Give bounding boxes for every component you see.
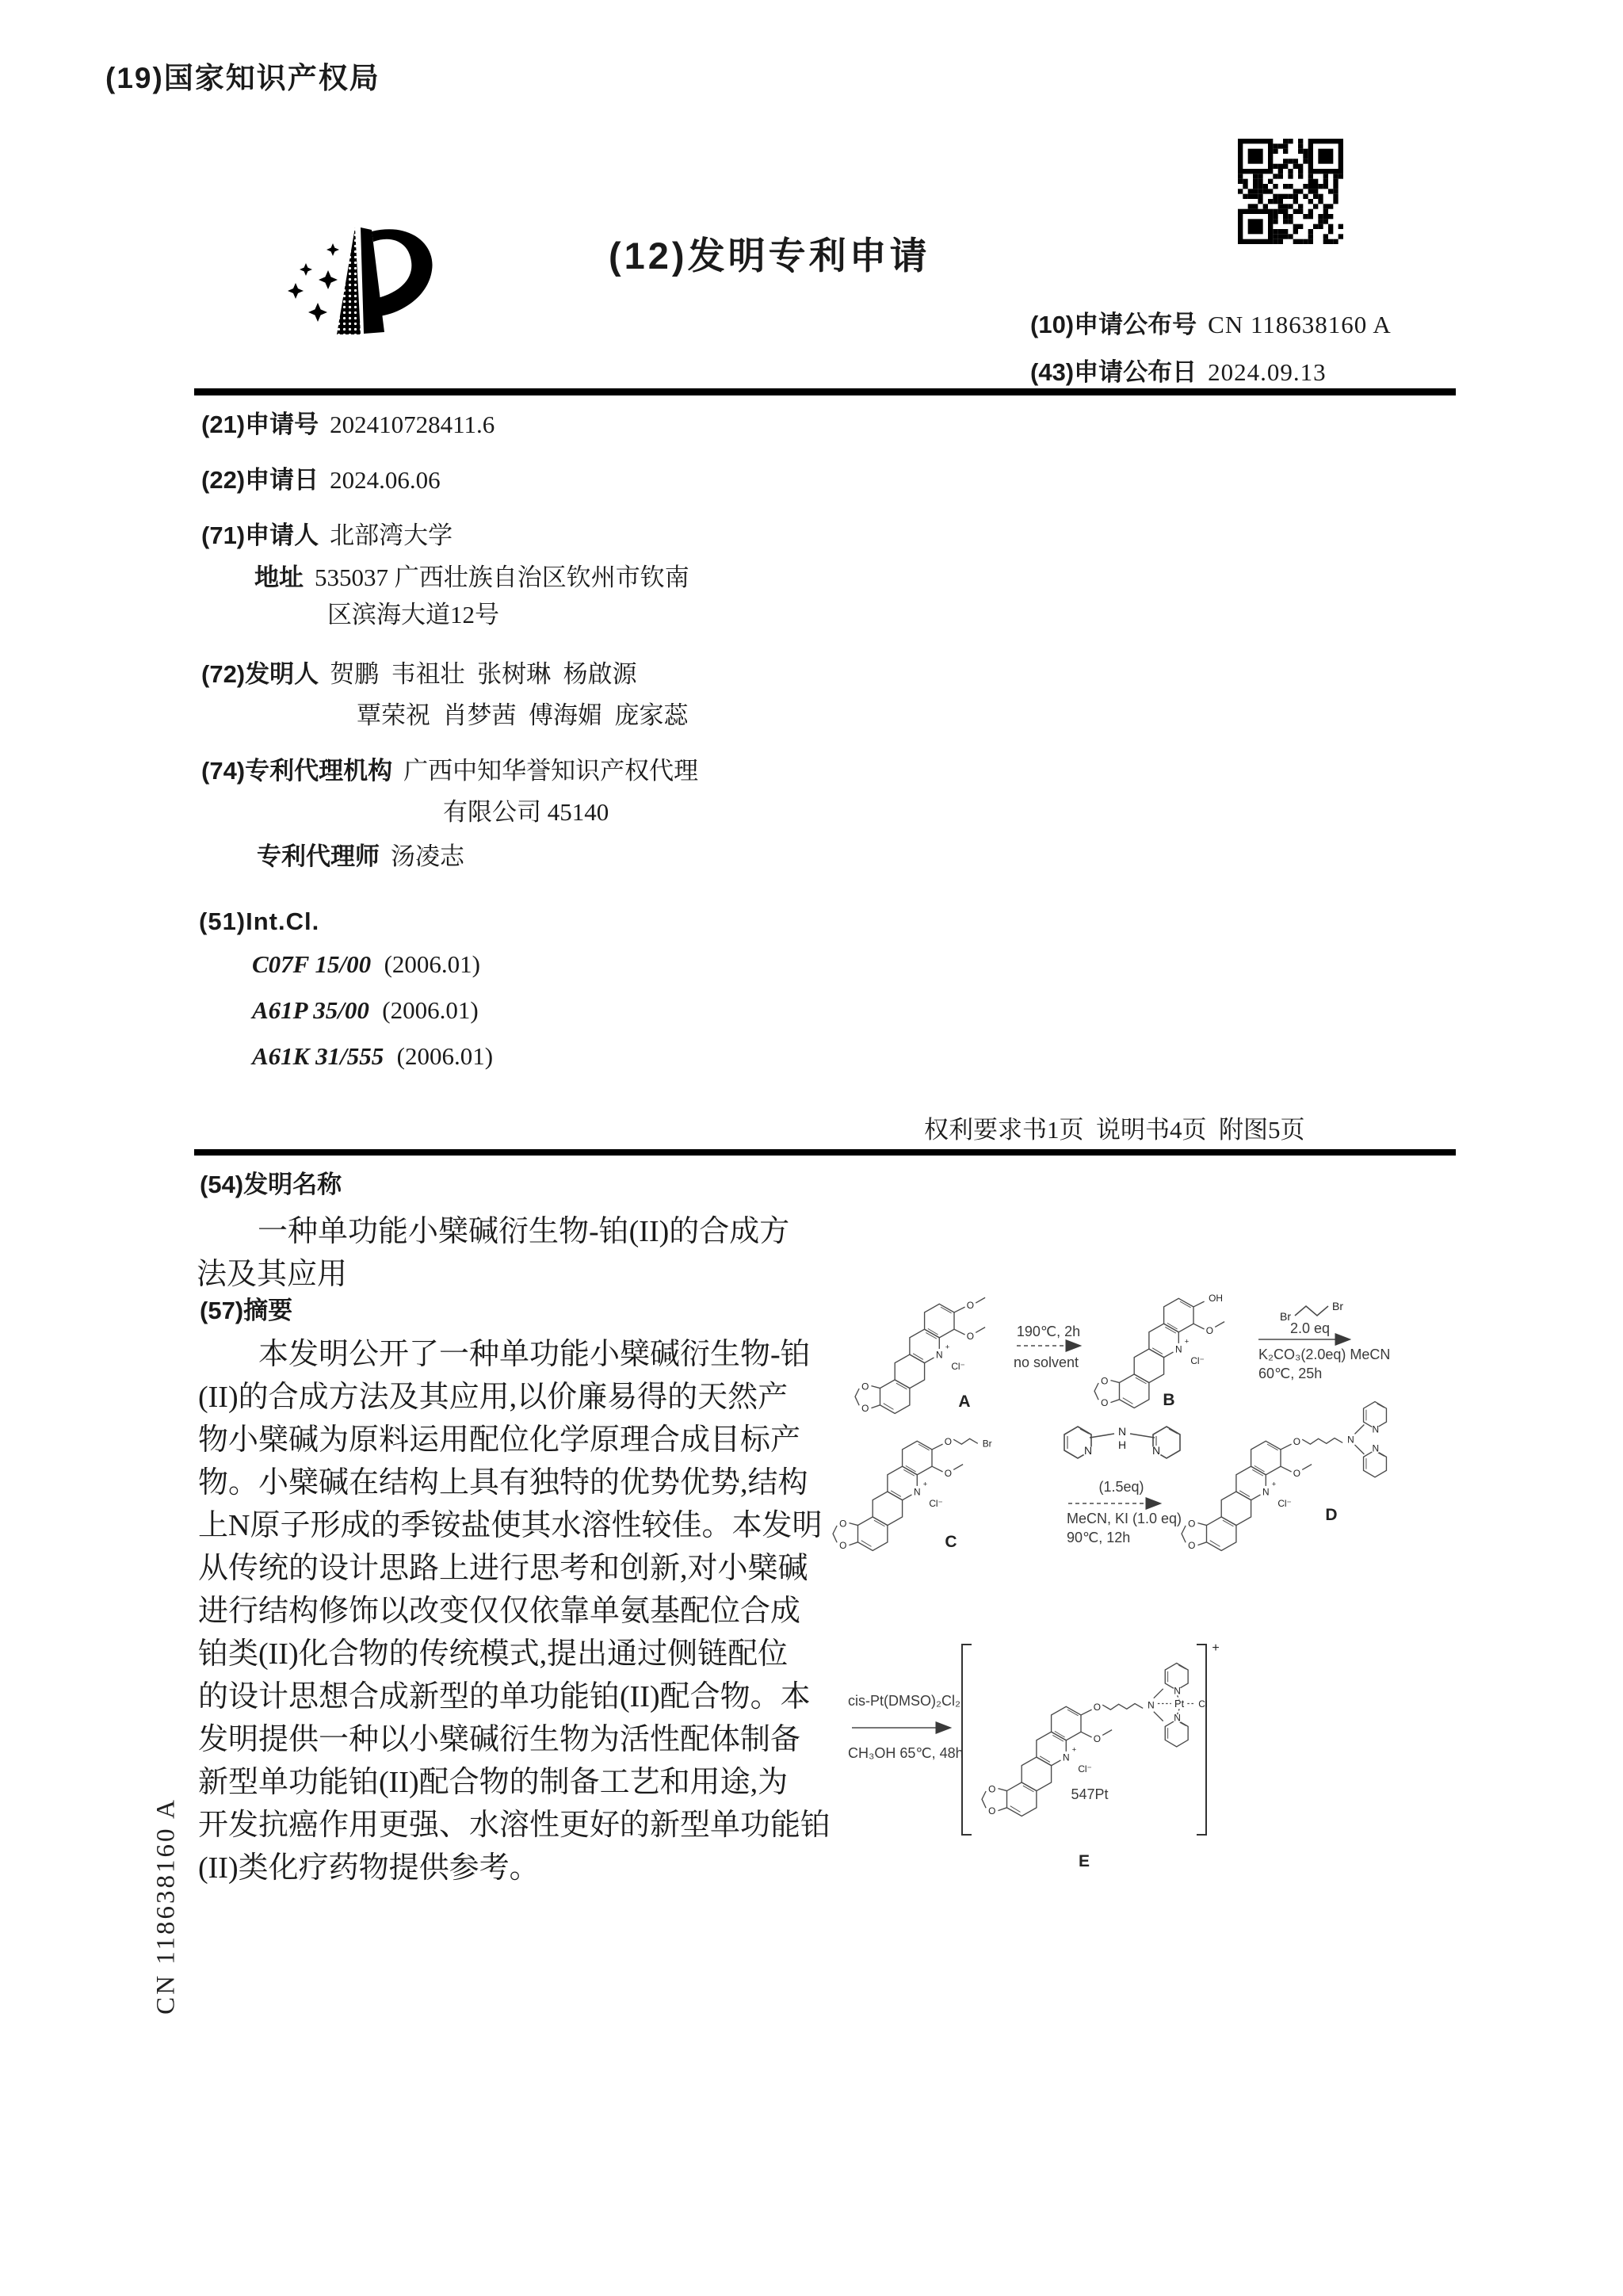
ipc-row: C07F 15/00 (2006.01) — [252, 950, 480, 979]
abstract-line: 新型单功能铂(II)配合物的制备工艺和用途,为 — [198, 1761, 824, 1804]
patent-office-title: (19)国家知识产权局 — [105, 54, 380, 97]
svg-text:O: O — [1101, 1376, 1108, 1387]
address-row: 地址 535037 广西壮族自治区钦州市钦南 — [254, 563, 689, 592]
reaction1-conditions-top: 190℃, 2h — [1017, 1324, 1080, 1339]
application-date-row: (22)申请日 2024.06.06 — [201, 466, 441, 495]
svg-text:O: O — [1293, 1436, 1300, 1447]
dipicolylamine-reagent: N H N N — [1064, 1425, 1180, 1458]
header-divider-rule — [194, 388, 1456, 395]
abstract-line: 的设计思想合成新型的单功能铂(II)配合物。本 — [198, 1675, 824, 1718]
publication-number-label: (10)申请公布号 — [1030, 311, 1197, 339]
application-date-label: (22)申请日 — [201, 466, 319, 495]
bracket-left — [962, 1645, 972, 1835]
dibromoethane-skeleton — [1295, 1306, 1328, 1316]
applicant-row: (71)申请人 北部湾大学 — [201, 521, 453, 550]
svg-text:N: N — [1347, 1434, 1354, 1445]
reaction2-conditions-1: K₂CO₃(2.0eq) MeCN — [1258, 1347, 1390, 1362]
invention-title-line1: 一种单功能小檗碱衍生物-铂(II)的合成方 — [258, 1210, 789, 1253]
intcl-label: (51)Int.Cl. — [199, 907, 319, 936]
svg-text:O: O — [945, 1468, 952, 1479]
svg-text:O: O — [967, 1331, 974, 1342]
svg-text:Cl⁻: Cl⁻ — [929, 1498, 943, 1509]
abstract-line: 本发明公开了一种单功能小檗碱衍生物-铂 — [198, 1333, 824, 1376]
svg-text:N: N — [1373, 1443, 1380, 1454]
svg-text:Br: Br — [983, 1438, 992, 1450]
svg-text:O: O — [861, 1381, 869, 1392]
address-label: 地址 — [254, 563, 304, 592]
bracket-right — [1197, 1645, 1206, 1835]
ipc-row: A61K 31/555 (2006.01) — [252, 1042, 493, 1071]
agent-label: 专利代理师 — [257, 842, 380, 871]
label-d: D — [1325, 1506, 1337, 1524]
publication-date-row: (43)申请公布日 2024.09.13 — [1030, 358, 1327, 387]
ipc-code: C07F 15/00 — [252, 950, 371, 978]
abstract-text: 本发明公开了一种单功能小檗碱衍生物-铂 (II)的合成方法及其应用,以价廉易得的… — [198, 1333, 824, 1889]
abstract-line: 物。小檗碱在结构上具有独特的优势优势,结构 — [198, 1461, 824, 1504]
br-atom: Br — [1332, 1300, 1343, 1312]
label-c: C — [945, 1533, 957, 1551]
complex-charge: + — [1212, 1641, 1219, 1655]
abstract-line: 物小檗碱为原料运用配位化学原理合成目标产 — [198, 1419, 824, 1461]
reaction2-equivalents: 2.0 eq — [1290, 1320, 1330, 1336]
molecule-b: O O N + Cl⁻ O OH — [1094, 1291, 1224, 1408]
application-number-label: (21)申请号 — [201, 411, 319, 439]
label-b: B — [1163, 1391, 1174, 1409]
molecule-d: O O N + Cl⁻ O O N N N — [1182, 1402, 1386, 1551]
svg-text:O: O — [1094, 1733, 1101, 1744]
qr-code — [1238, 139, 1343, 244]
product-code: 547Pt — [1071, 1786, 1108, 1802]
svg-text:N: N — [914, 1487, 921, 1498]
svg-text:O: O — [967, 1300, 974, 1311]
applicant-value: 北部湾大学 — [330, 521, 453, 550]
address-line1: 535037 广西壮族自治区钦州市钦南 — [315, 563, 689, 592]
reaction3-equivalents: (1.5eq) — [1098, 1479, 1144, 1495]
publication-number-value: CN 118638160 A — [1208, 311, 1392, 339]
svg-text:N: N — [1174, 1686, 1181, 1697]
svg-text:O: O — [1188, 1519, 1195, 1530]
label-e: E — [1079, 1852, 1090, 1870]
agency-label: (74)专利代理机构 — [201, 757, 392, 785]
reaction3-conditions-1: MeCN, KI (1.0 eq) — [1067, 1511, 1182, 1526]
svg-text:N: N — [1262, 1487, 1270, 1498]
svg-text:+: + — [1185, 1338, 1189, 1346]
svg-text:OH: OH — [1209, 1293, 1223, 1304]
agency-row: (74)专利代理机构 广西中知华誉知识产权代理 — [201, 757, 698, 785]
pages-info: 权利要求书1页 说明书4页 附图5页 — [924, 1116, 1305, 1144]
agency-line2: 有限公司 45140 — [443, 798, 609, 827]
reaction2-conditions-2: 60℃, 25h — [1258, 1366, 1322, 1381]
reaction1-conditions-bottom: no solvent — [1014, 1354, 1079, 1370]
application-number-value: 202410728411.6 — [330, 411, 495, 439]
svg-text:O: O — [988, 1805, 995, 1817]
svg-text:Cl⁻: Cl⁻ — [1277, 1498, 1292, 1509]
address-line2: 区滨海大道12号 — [327, 601, 499, 629]
svg-text:Cl⁻: Cl⁻ — [951, 1361, 965, 1372]
inventors-label: (72)发明人 — [201, 660, 319, 689]
publication-date-label: (43)申请公布日 — [1030, 358, 1197, 387]
document-kind-title: (12)发明专利申请 — [609, 227, 930, 280]
application-date-value: 2024.06.06 — [330, 466, 441, 495]
application-number-row: (21)申请号 202410728411.6 — [201, 411, 495, 439]
ipc-version: (2006.01) — [384, 950, 480, 978]
svg-text:O: O — [1188, 1540, 1195, 1551]
abstract-line: 发明提供一种以小檗碱衍生物为活性配体制备 — [198, 1718, 824, 1761]
svg-text:O: O — [1094, 1702, 1101, 1713]
ipc-code: A61P 35/00 — [252, 996, 369, 1024]
abstract-line: (II)类化疗药物提供参考。 — [198, 1847, 824, 1889]
abstract-line: 铂类(II)化合物的传统模式,提出通过侧链配位 — [198, 1633, 824, 1675]
svg-text:N: N — [1175, 1344, 1182, 1355]
reaction4-conditions-top: cis-Pt(DMSO)₂Cl₂ — [848, 1693, 960, 1709]
side-publication-code: CN 118638160 A — [152, 1797, 181, 2015]
svg-text:O: O — [988, 1784, 995, 1795]
svg-text:N: N — [1373, 1424, 1380, 1435]
applicant-label: (71)申请人 — [201, 521, 319, 550]
patent-cover-page: (19)国家知识产权局 (12)发明专利申请 (10)申请公布号 CN 1186… — [0, 0, 1623, 2296]
ipc-version: (2006.01) — [382, 996, 478, 1024]
ipc-row: A61P 35/00 (2006.01) — [252, 996, 479, 1025]
svg-text:O: O — [839, 1540, 846, 1551]
invention-title-label: (54)发明名称 — [200, 1171, 342, 1199]
svg-text:+: + — [1072, 1746, 1076, 1754]
abstract-line: 开发抗癌作用更强、水溶性更好的新型单功能铂 — [198, 1804, 824, 1847]
reaction3-conditions-2: 90℃, 12h — [1067, 1530, 1130, 1545]
svg-text:N: N — [1063, 1752, 1070, 1763]
svg-text:O: O — [1293, 1468, 1300, 1479]
svg-text:O: O — [861, 1403, 869, 1414]
agent-value: 汤凌志 — [391, 842, 464, 871]
svg-text:O: O — [839, 1519, 846, 1530]
svg-text:+: + — [1272, 1480, 1276, 1488]
svg-text:O: O — [1101, 1397, 1108, 1408]
invention-title-line2: 法及其应用 — [197, 1253, 347, 1296]
label-a: A — [958, 1392, 970, 1411]
svg-text:Cl⁻: Cl⁻ — [1190, 1355, 1205, 1366]
svg-text:Cl: Cl — [1198, 1698, 1207, 1710]
agent-row: 专利代理师 汤凌志 — [257, 842, 464, 871]
ipc-version: (2006.01) — [397, 1042, 493, 1070]
section-divider-rule — [194, 1149, 1456, 1156]
svg-text:O: O — [945, 1436, 952, 1447]
svg-text:N: N — [936, 1350, 943, 1361]
inventors-row: (72)发明人 贺鹏 韦祖壮 张树琳 杨啟源 — [201, 660, 637, 689]
svg-text:Cl⁻: Cl⁻ — [1078, 1763, 1092, 1775]
reaction4-conditions-bottom: CH₃OH 65℃, 48h — [848, 1745, 964, 1761]
abstract-line: 从传统的设计思路上进行思考和创新,对小檗碱 — [198, 1547, 824, 1590]
svg-text:+: + — [923, 1480, 927, 1488]
inventors-line2: 覃荣祝 肖梦茜 傅海媚 庞家蕊 — [357, 701, 689, 730]
svg-text:N: N — [1118, 1425, 1126, 1438]
cnipa-logo-icon — [236, 182, 482, 365]
reaction-scheme-figure: O O N + Cl⁻ O O A 190℃, 2h no solvent O … — [824, 1244, 1569, 1886]
svg-text:H: H — [1118, 1438, 1126, 1451]
publication-number-row: (10)申请公布号 CN 118638160 A — [1030, 311, 1392, 339]
svg-text:+: + — [945, 1343, 949, 1351]
abstract-line: (II)的合成方法及其应用,以价廉易得的天然产 — [198, 1376, 824, 1419]
svg-text:O: O — [1206, 1325, 1213, 1336]
ipc-code: A61K 31/555 — [252, 1042, 384, 1070]
molecule-c: O O N + Cl⁻ O O Br — [833, 1436, 992, 1551]
agency-line1: 广西中知华誉知识产权代理 — [403, 757, 698, 785]
abstract-line: 进行结构修饰以改变仅仅依靠单氨基配位合成 — [198, 1590, 824, 1633]
inventors-line1: 贺鹏 韦祖壮 张树琳 杨啟源 — [330, 660, 637, 689]
svg-text:N: N — [1084, 1444, 1092, 1457]
publication-date-value: 2024.09.13 — [1208, 358, 1327, 387]
svg-text:N: N — [1148, 1699, 1155, 1710]
svg-text:N: N — [1152, 1444, 1160, 1457]
abstract-label: (57)摘要 — [200, 1297, 292, 1325]
logo-stars — [288, 243, 339, 322]
abstract-line: 上N原子形成的季铵盐使其水溶性较佳。本发明 — [198, 1504, 824, 1547]
